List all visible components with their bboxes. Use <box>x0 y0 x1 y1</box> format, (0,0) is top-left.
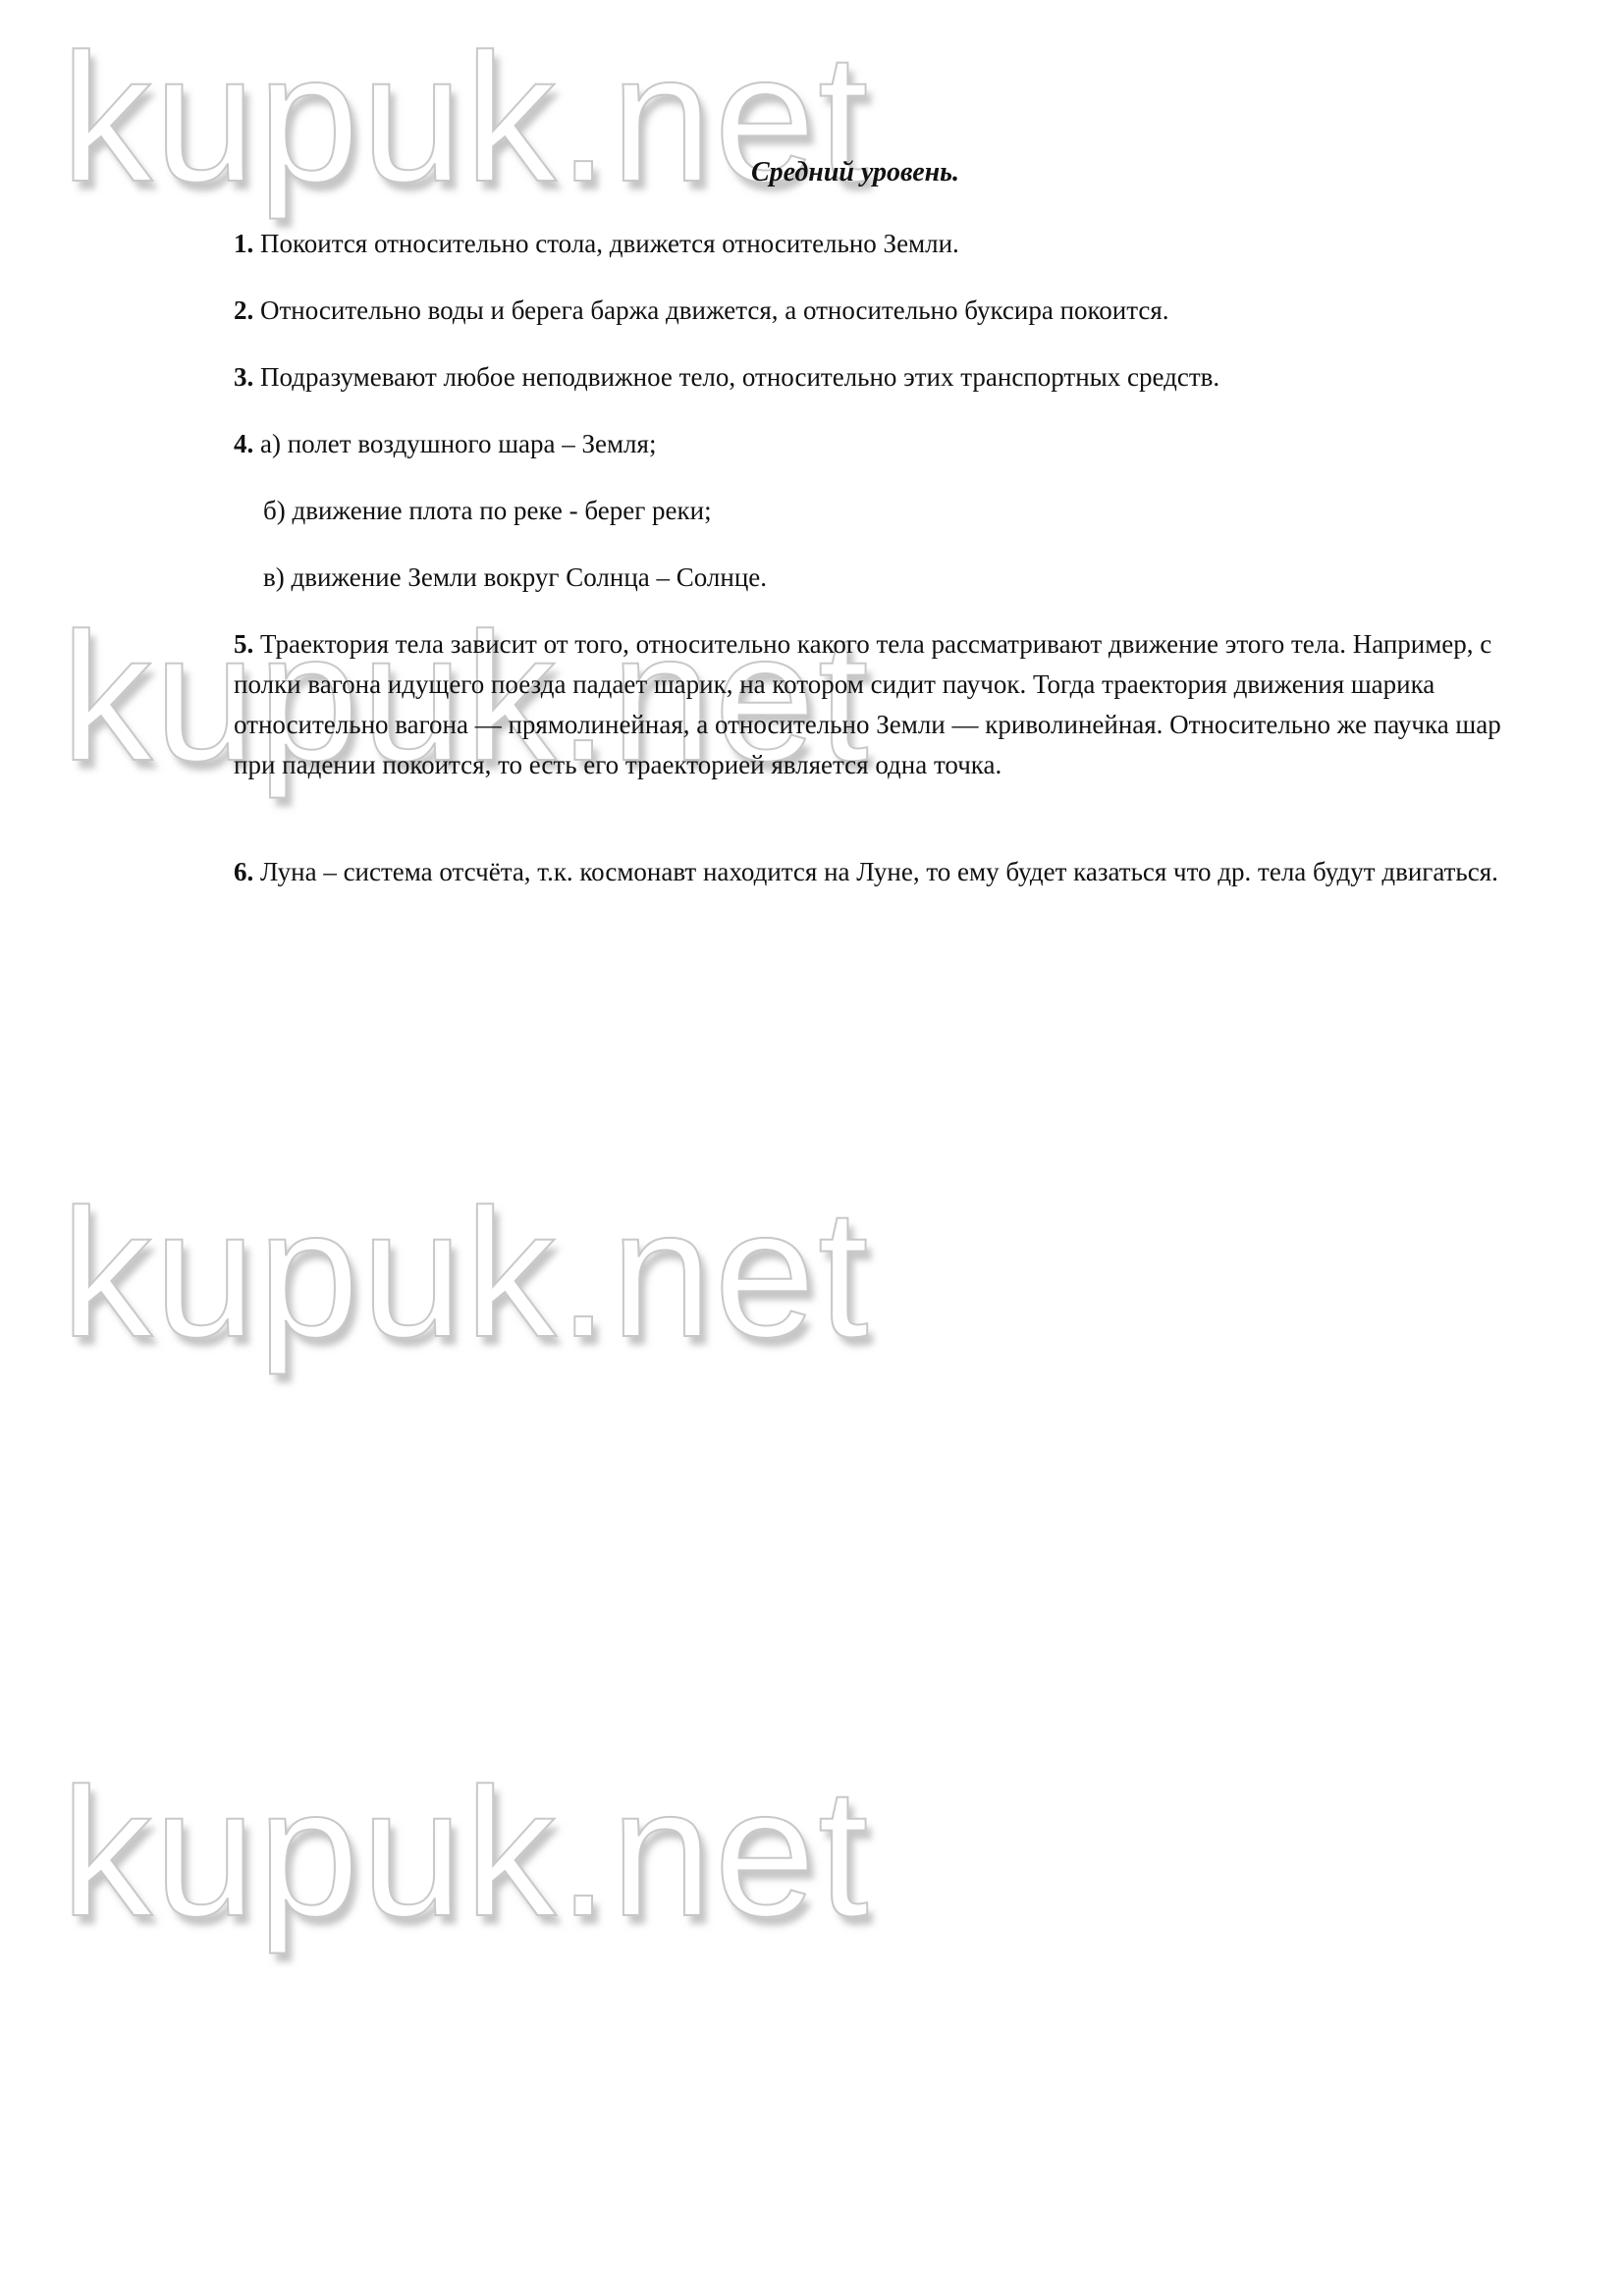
answer-item-2: 2. Относительно воды и берега баржа движ… <box>234 291 1169 331</box>
answer-item-3: 3. Подразумевают любое неподвижное тело,… <box>234 357 1219 398</box>
item-text: б) движение плота по реке - берег реки; <box>263 496 712 525</box>
watermark: kupuk.net <box>61 1762 871 1945</box>
section-heading: Средний уровень. <box>751 157 959 188</box>
item-text: Подразумевают любое неподвижное тело, от… <box>260 362 1219 392</box>
answer-item-4b: б) движение плота по реке - берег реки; <box>263 491 712 531</box>
item-text: Покоится относительно стола, движется от… <box>260 229 959 258</box>
answer-item-6: 6. Луна – система отсчёта, т.к. космонав… <box>234 852 1510 892</box>
item-number: 2. <box>234 295 253 325</box>
item-number: 1. <box>234 229 253 258</box>
answer-item-5: 5. Траектория тела зависит от того, отно… <box>234 624 1510 785</box>
item-text: в) движение Земли вокруг Солнца – Солнце… <box>263 562 767 592</box>
watermark: kupuk.net <box>61 27 871 210</box>
item-text: Луна – система отсчёта, т.к. космонавт н… <box>260 857 1498 886</box>
item-text: Траектория тела зависит от того, относит… <box>234 629 1501 779</box>
item-number: 4. <box>234 429 253 458</box>
item-number: 6. <box>234 857 253 886</box>
item-number: 5. <box>234 629 253 659</box>
item-text: Относительно воды и берега баржа движетс… <box>260 295 1169 325</box>
answer-item-4c: в) движение Земли вокруг Солнца – Солнце… <box>263 558 767 598</box>
answer-item-1: 1. Покоится относительно стола, движется… <box>234 224 959 264</box>
item-number: 3. <box>234 362 253 392</box>
watermark: kupuk.net <box>61 1183 871 1365</box>
answer-item-4a: 4. а) полет воздушного шара – Земля; <box>234 424 656 464</box>
item-text: а) полет воздушного шара – Земля; <box>260 429 656 458</box>
